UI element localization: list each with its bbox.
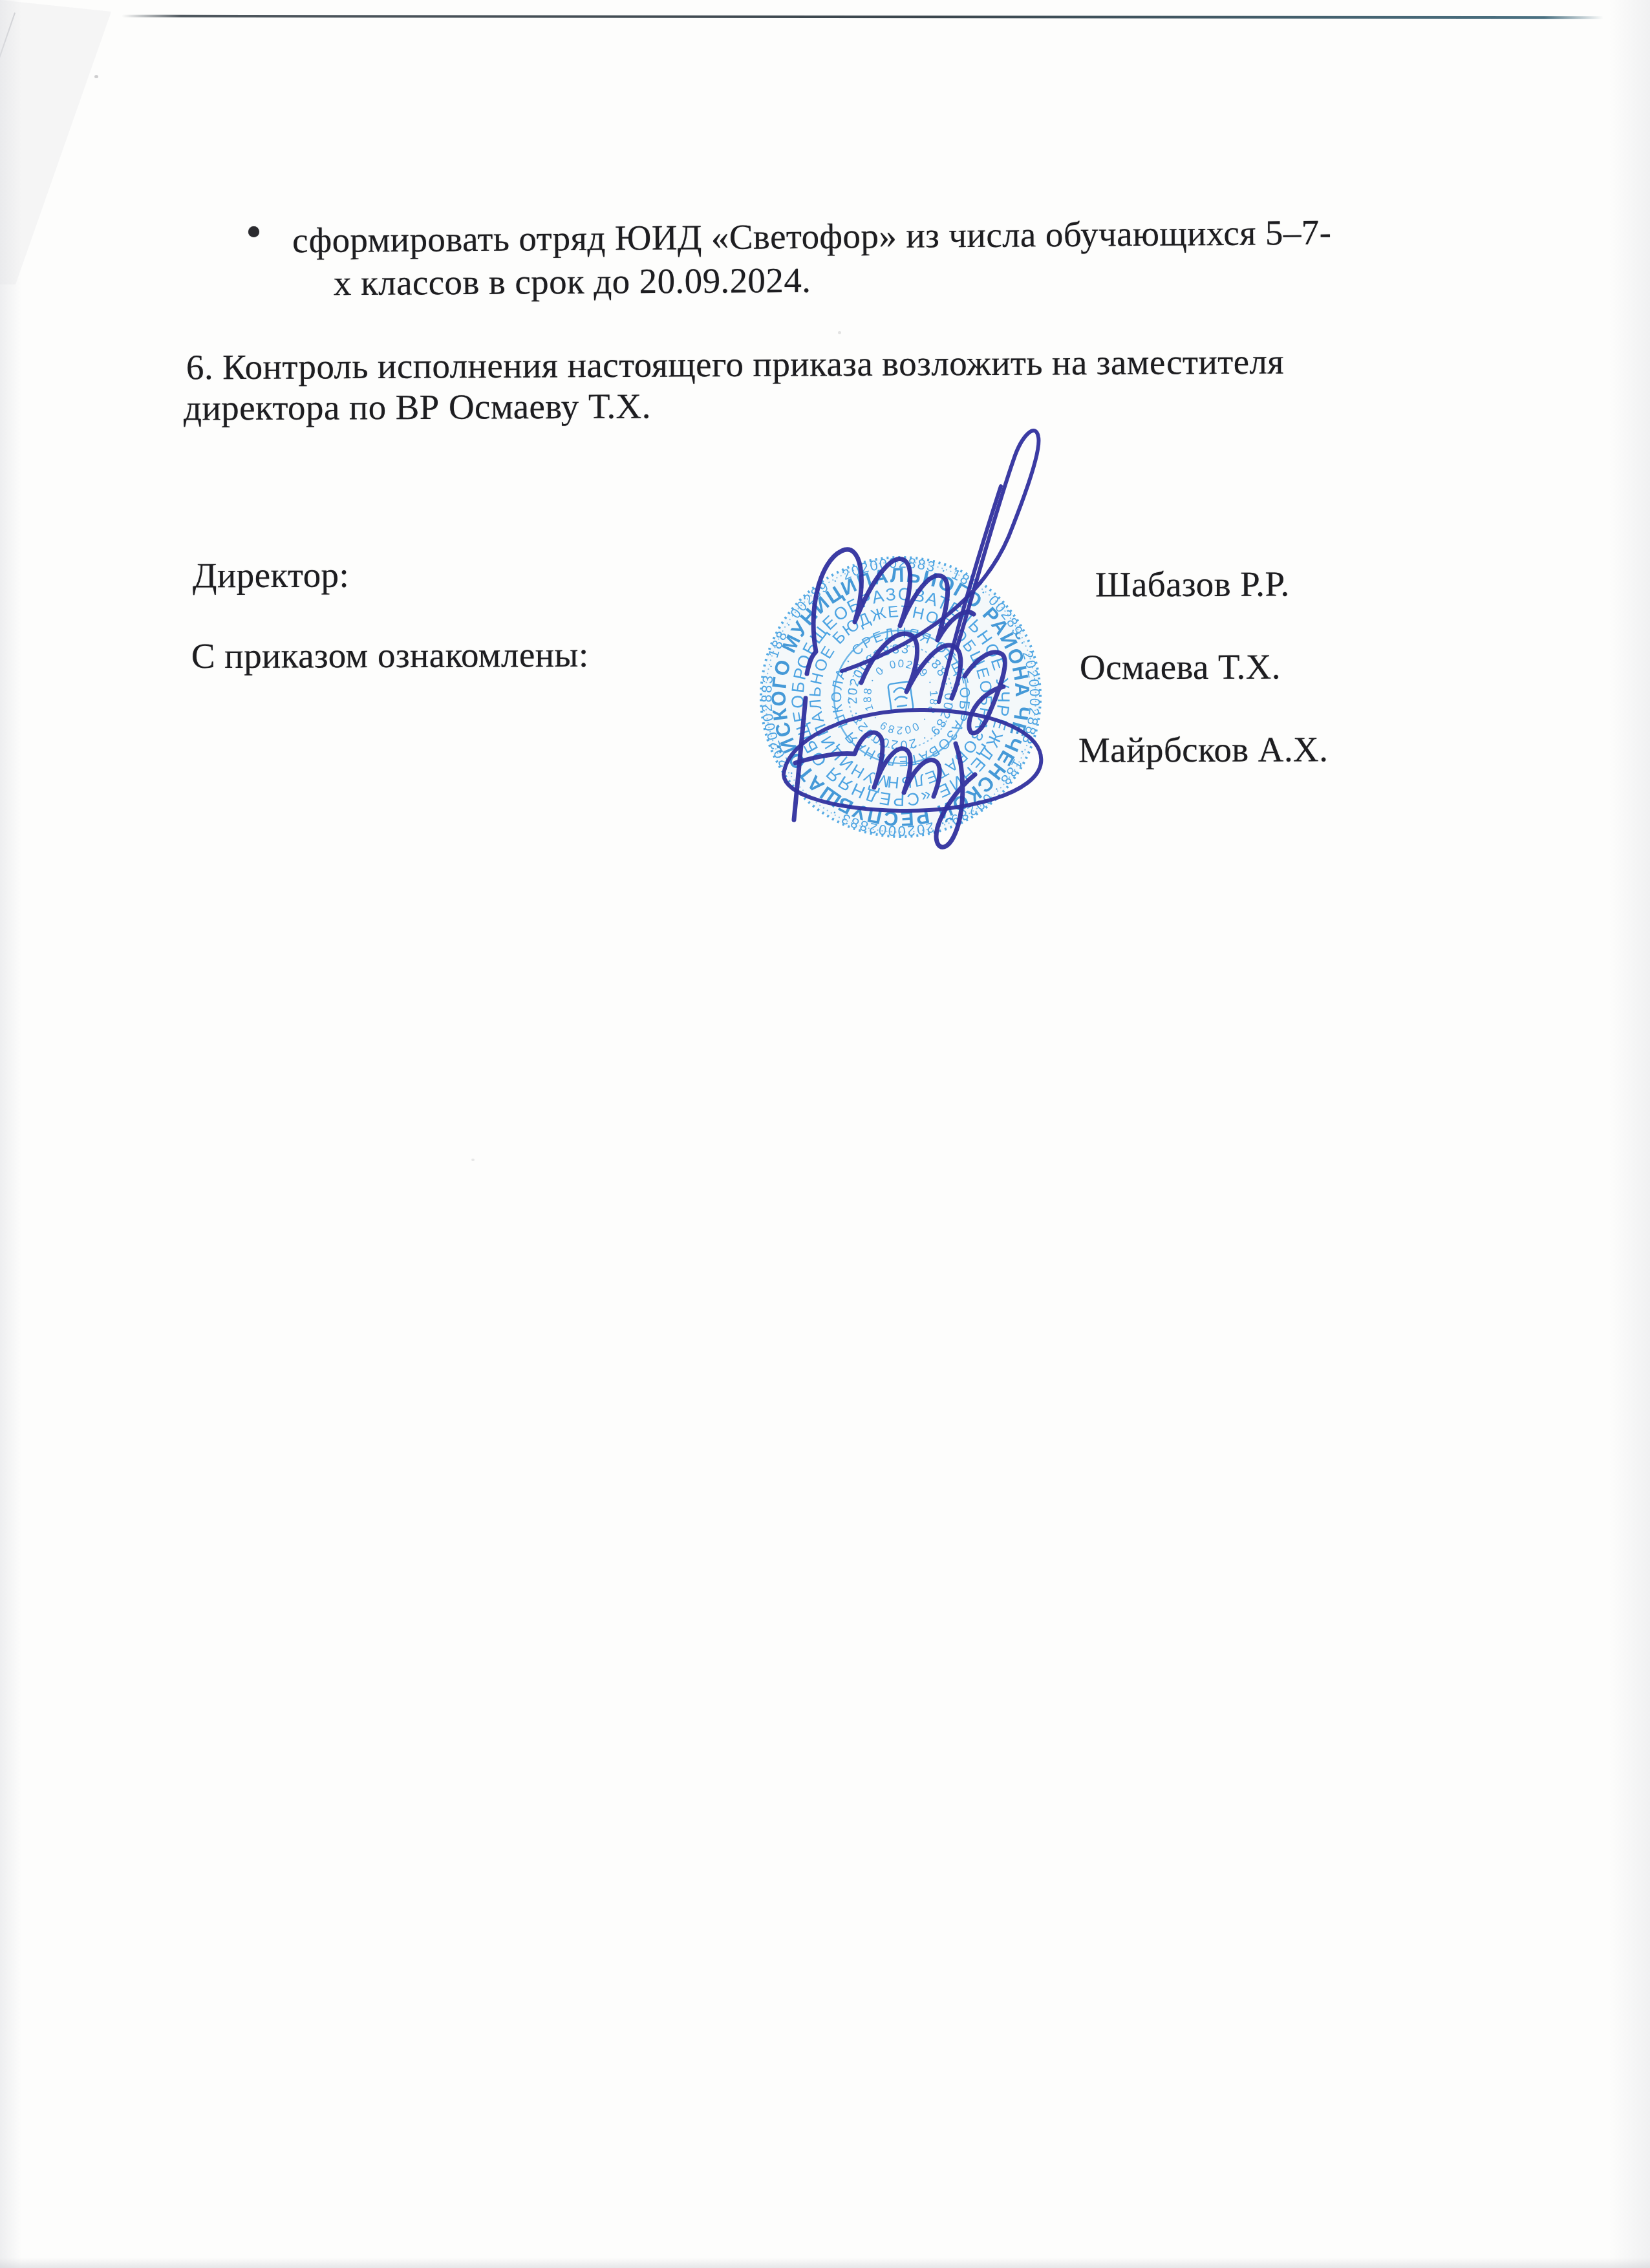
director-name: Шабазов Р.Р. — [1095, 563, 1290, 604]
stamp-ring-school: · СРЕДНЯЯ ОБЩЕОБРАЗОВАТЕЛЬНАЯ ШКОЛА · СР… — [800, 597, 1000, 797]
scan-bottom-edge-shade — [0, 2258, 1650, 2268]
bullet-item-line-2: х классов в срок до 20.09.2024. — [334, 260, 811, 304]
clause-6-line-2: директора по ВР Осмаеву Т.Х. — [184, 385, 651, 428]
scan-speck — [471, 1159, 475, 1161]
acknowledged-label: С приказом ознакомлены: — [191, 634, 589, 676]
stamp-ring-core-numbers: · 00289 · 188 · 00289 · 188 · 00289 · — [845, 641, 956, 753]
signature-mairbskov — [784, 698, 1041, 847]
clause-6-line-1: 6. Контроль исполнения настоящего приказ… — [186, 341, 1284, 388]
stamp-ring-institution: ОБЩЕОБРАЗОВАТЕЛЬНОЕ УЧРЕЖДЕНИЕ «СРЕДНЯЯ … — [761, 558, 1040, 837]
signature-osmaeva — [861, 634, 1005, 733]
scan-top-edge-line — [122, 15, 1603, 19]
stamp-center-emblem — [888, 681, 914, 712]
scan-speck — [838, 331, 841, 334]
acknowledged-name-1: Осмаева Т.Х. — [1080, 646, 1281, 687]
stamp-ring-district: ШАТОЙСКОГО МУНИЦИПАЛЬНОГО РАЙОНА ЧЕЧЕНСК… — [718, 515, 1083, 879]
scan-speck — [94, 75, 98, 78]
signature-director — [807, 431, 1038, 702]
ink-layer: · 2020002883 · 188 · 00289 · 2020002883 … — [0, 0, 1650, 2268]
stamp-ring-budget: МУНИЦИПАЛЬНОЕ БЮДЖЕТНОЕ ОБЩЕОБРАЗОВАТЕЛЬ… — [795, 592, 1006, 802]
bullet-marker — [248, 226, 259, 237]
acknowledged-name-2: Майрбсков А.Х. — [1078, 729, 1329, 770]
stamp-ring-inner-numbers: · 2020002883 · 188 · 00289 · 2020002883 … — [828, 625, 972, 769]
bullet-item-line-1: сформировать отряд ЮИД «Светофор» из чис… — [292, 212, 1332, 261]
stamp-ring-outer-numbers: · 2020002883 · 188 · 00289 · 2020002883 … — [702, 498, 1100, 896]
scanned-document-page: сформировать отряд ЮИД «Светофор» из чис… — [0, 0, 1650, 2268]
scan-right-edge-shade — [1609, 0, 1650, 2268]
director-label: Директор: — [193, 555, 349, 596]
round-stamp: · 2020002883 · 188 · 00289 · 2020002883 … — [683, 480, 1118, 914]
scan-left-edge-shade — [0, 0, 22, 2268]
